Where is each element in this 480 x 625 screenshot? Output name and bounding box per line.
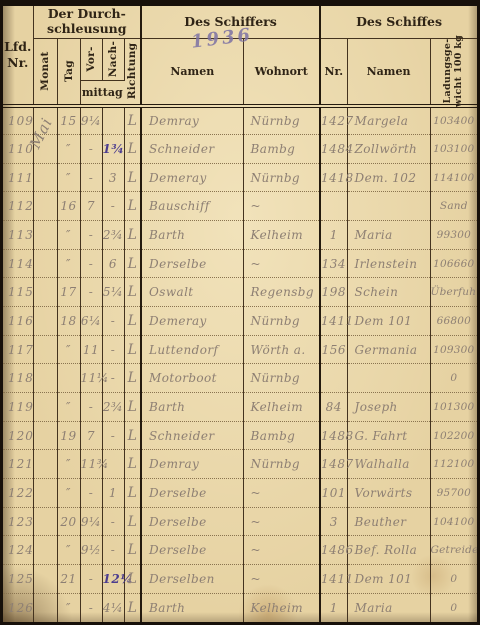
ledger-row: 120 19 7 - L Schneider Bambg 1488 G. Fah… <box>3 421 477 450</box>
ledger-row: 115 17 - 5¼ L Oswalt Regensbg 198 Schein… <box>3 278 477 307</box>
header-schiff-namen: Namen <box>347 38 430 106</box>
cell-nachmittag: 3 <box>102 163 124 192</box>
cell-lfd-nr: 121 <box>3 450 33 479</box>
header-schiffes-title: Des Schiffes <box>356 14 442 29</box>
cell-wohnort: Nürnbg <box>243 106 320 135</box>
cell-tag: 17 <box>57 278 80 307</box>
header-tag: Tag <box>57 38 80 106</box>
cell-wohnort: Bambg <box>243 135 320 164</box>
cell-schiff-nr: 1484 <box>320 135 347 164</box>
cell-schiff-nr: 1411 <box>320 565 347 594</box>
cell-ladungsgewicht: 112100 <box>430 450 477 479</box>
cell-ladungsgewicht: Überfuhr <box>430 278 477 307</box>
cell-tag: ″ <box>57 249 80 278</box>
cell-wohnort: Nürnbg <box>243 364 320 393</box>
cell-richtung: L <box>124 135 141 164</box>
cell-schiffer-name: Derselbe <box>141 479 243 508</box>
cell-schiff-name: Beuther <box>347 507 430 536</box>
header-nachmittag: Nach- <box>102 38 124 80</box>
cell-schiff-name: Margela <box>347 106 430 135</box>
cell-wohnort: ~ <box>243 536 320 565</box>
cell-nachmittag: - <box>102 364 124 393</box>
ledger-row: 118 11¼ - L Motorboot Nürnbg 0 <box>3 364 477 393</box>
cell-schiff-nr: 1487 <box>320 450 347 479</box>
cell-lfd-nr: 114 <box>3 249 33 278</box>
header-group-durchschleusung: Der Durch- schleusung <box>33 6 141 38</box>
cell-schiff-name: Dem. 102 <box>347 163 430 192</box>
header-ladungsgewicht-label: Ladungsge- wicht 100 kg <box>443 35 465 107</box>
cell-schiffer-name: Demray <box>141 450 243 479</box>
cell-richtung: L <box>124 364 141 393</box>
cell-schiffer-name: Derselbe <box>141 249 243 278</box>
cell-nachmittag: 1 <box>102 479 124 508</box>
cell-wohnort: Nürnbg <box>243 163 320 192</box>
cell-lfd-nr: 123 <box>3 507 33 536</box>
cell-lfd-nr: 109 <box>3 106 33 135</box>
ledger-page: 1936 Mai Lfd. Nr. Der Durch- schleusung … <box>0 0 480 625</box>
cell-vormittag: 7 <box>80 192 102 221</box>
cell-ladungsgewicht: 0 <box>430 565 477 594</box>
cell-richtung: L <box>124 335 141 364</box>
cell-ladungsgewicht: 106660 <box>430 249 477 278</box>
cell-lfd-nr: 124 <box>3 536 33 565</box>
ledger-row: 123 20 9¼ - L Derselbe ~ 3 Beuther 10410… <box>3 507 477 536</box>
cell-lfd-nr: 116 <box>3 307 33 336</box>
cell-tag: ″ <box>57 479 80 508</box>
header-vormittag: Vor- <box>80 38 102 80</box>
cell-tag: 15 <box>57 106 80 135</box>
header-schiff-nr: Nr. <box>320 38 347 106</box>
cell-wohnort: ~ <box>243 507 320 536</box>
cell-nachmittag: 2¾ <box>102 221 124 250</box>
cell-nachmittag <box>102 450 124 479</box>
cell-ladungsgewicht: 104100 <box>430 507 477 536</box>
cell-schiff-name: Schein <box>347 278 430 307</box>
ledger-row: 113 ″ - 2¾ L Barth Kelheim 1 Maria 99300 <box>3 221 477 250</box>
cell-tag: ″ <box>57 135 80 164</box>
cell-schiff-name: Bef. Rolla <box>347 536 430 565</box>
cell-vormittag: 11¾ <box>80 450 102 479</box>
cell-wohnort: Kelheim <box>243 221 320 250</box>
cell-schiff-name: Irlenstein <box>347 249 430 278</box>
cell-vormittag: - <box>80 393 102 422</box>
cell-nachmittag: 6 <box>102 249 124 278</box>
cell-ladungsgewicht: 109300 <box>430 335 477 364</box>
header-tag-label: Tag <box>63 60 75 82</box>
cell-richtung: L <box>124 249 141 278</box>
cell-richtung: L <box>124 163 141 192</box>
cell-schiff-nr: 1488 <box>320 421 347 450</box>
cell-schiff-nr: 1411 <box>320 307 347 336</box>
cell-schiff-nr: 198 <box>320 278 347 307</box>
header-schiff-namen-label: Namen <box>367 65 411 78</box>
cell-schiff-nr: 1 <box>320 221 347 250</box>
cell-schiff-nr: 1427 <box>320 106 347 135</box>
cell-monat <box>33 249 57 278</box>
cell-nachmittag: - <box>102 192 124 221</box>
cell-richtung: L <box>124 479 141 508</box>
cell-ladungsgewicht: Sand <box>430 192 477 221</box>
ledger-row: 112 16 7 - L Bauschiff ~ Sand <box>3 192 477 221</box>
cell-monat <box>33 192 57 221</box>
cell-schiff-name: Maria <box>347 221 430 250</box>
header-schiffer-namen-label: Namen <box>170 65 214 78</box>
cell-vormittag: - <box>80 479 102 508</box>
cell-nachmittag: 5¼ <box>102 278 124 307</box>
cell-schiff-nr: 156 <box>320 335 347 364</box>
cell-lfd-nr: 115 <box>3 278 33 307</box>
cell-vormittag: - <box>80 221 102 250</box>
cell-tag: ″ <box>57 593 80 622</box>
cell-schiff-nr: 84 <box>320 393 347 422</box>
cell-richtung: L <box>124 106 141 135</box>
cell-schiff-name: Maria <box>347 593 430 622</box>
ledger-row: 109 15 9¼ L Demray Nürnbg 1427 Margela 1… <box>3 106 477 135</box>
cell-schiff-name <box>347 192 430 221</box>
cell-lfd-nr: 117 <box>3 335 33 364</box>
cell-schiff-name: Joseph <box>347 393 430 422</box>
cell-schiff-nr: 1418 <box>320 163 347 192</box>
cell-nachmittag: - <box>102 421 124 450</box>
cell-vormittag: 9¼ <box>80 507 102 536</box>
cell-lfd-nr: 112 <box>3 192 33 221</box>
header-durchschleusung-line2: schleusung <box>34 22 141 36</box>
cell-richtung: L <box>124 536 141 565</box>
cell-wohnort: Bambg <box>243 421 320 450</box>
cell-ladungsgewicht: 99300 <box>430 221 477 250</box>
cell-monat <box>33 593 57 622</box>
cell-schiffer-name: Luttendorf <box>141 335 243 364</box>
cell-schiffer-name: Schneider <box>141 135 243 164</box>
cell-nachmittag: 4¼ <box>102 593 124 622</box>
cell-schiff-name: Dem 101 <box>347 307 430 336</box>
cell-richtung: L <box>124 278 141 307</box>
cell-vormittag: - <box>80 593 102 622</box>
cell-wohnort: Kelheim <box>243 593 320 622</box>
cell-ladungsgewicht: 103100 <box>430 135 477 164</box>
cell-tag: ″ <box>57 335 80 364</box>
cell-lfd-nr: 125 <box>3 565 33 594</box>
cell-schiff-nr <box>320 364 347 393</box>
cell-schiffer-name: Derselbe <box>141 507 243 536</box>
cell-tag: 18 <box>57 307 80 336</box>
cell-schiffer-name: Schneider <box>141 421 243 450</box>
cell-lfd-nr: 118 <box>3 364 33 393</box>
cell-ladungsgewicht: 0 <box>430 364 477 393</box>
cell-schiffer-name: Barth <box>141 593 243 622</box>
cell-monat <box>33 307 57 336</box>
cell-tag: 19 <box>57 421 80 450</box>
cell-monat <box>33 536 57 565</box>
cell-schiff-nr: 3 <box>320 507 347 536</box>
cell-monat <box>33 479 57 508</box>
cell-schiff-nr: 134 <box>320 249 347 278</box>
header-lfd-nr: Lfd. Nr. <box>3 6 33 106</box>
cell-richtung: L <box>124 421 141 450</box>
cell-schiffer-name: Demray <box>141 106 243 135</box>
cell-ladungsgewicht: 95700 <box>430 479 477 508</box>
cell-nachmittag: 2¾ <box>102 393 124 422</box>
cell-monat <box>33 364 57 393</box>
cell-schiff-name: Germania <box>347 335 430 364</box>
ledger-row: 116 18 6¼ - L Demeray Nürnbg 1411 Dem 10… <box>3 307 477 336</box>
cell-tag: ″ <box>57 450 80 479</box>
header-ladung-line2: wicht 100 kg <box>454 35 465 107</box>
cell-schiff-name: Zollwörth <box>347 135 430 164</box>
cell-nachmittag <box>102 106 124 135</box>
cell-schiffer-name: Oswalt <box>141 278 243 307</box>
cell-richtung: L <box>124 192 141 221</box>
cell-schiffer-name: Derselbe <box>141 536 243 565</box>
ledger-row: 119 ″ - 2¾ L Barth Kelheim 84 Joseph 101… <box>3 393 477 422</box>
cell-vormittag: 7 <box>80 421 102 450</box>
cell-schiff-nr: 1486 <box>320 536 347 565</box>
cell-monat <box>33 163 57 192</box>
cell-richtung: L <box>124 221 141 250</box>
cell-richtung: L <box>124 307 141 336</box>
cell-ladungsgewicht: Getreide <box>430 536 477 565</box>
cell-monat <box>33 278 57 307</box>
ledger-row: 126 ″ - 4¼ L Barth Kelheim 1 Maria 0 <box>3 593 477 622</box>
header-richtung: Richtung <box>124 38 141 106</box>
cell-lfd-nr: 111 <box>3 163 33 192</box>
ledger-row: 114 ″ - 6 L Derselbe ~ 134 Irlenstein 10… <box>3 249 477 278</box>
cell-wohnort: Nürnbg <box>243 307 320 336</box>
cell-wohnort: ~ <box>243 479 320 508</box>
header-monat-label: Monat <box>39 52 51 91</box>
ledger-row: 121 ″ 11¾ L Demray Nürnbg 1487 Walhalla … <box>3 450 477 479</box>
cell-schiff-name: G. Fahrt <box>347 421 430 450</box>
cell-vormittag: 9¼ <box>80 106 102 135</box>
ledger-header: Lfd. Nr. Der Durch- schleusung Des Schif… <box>3 6 477 106</box>
cell-tag <box>57 364 80 393</box>
cell-schiff-nr: 101 <box>320 479 347 508</box>
cell-vormittag: - <box>80 163 102 192</box>
cell-schiffer-name: Barth <box>141 221 243 250</box>
cell-wohnort: Nürnbg <box>243 450 320 479</box>
cell-monat <box>33 221 57 250</box>
cell-vormittag: 11¼ <box>80 364 102 393</box>
cell-schiff-name: Dem 101 <box>347 565 430 594</box>
cell-schiffer-name: Bauschiff <box>141 192 243 221</box>
header-vormittag-label: Vor- <box>85 46 97 71</box>
cell-richtung: L <box>124 593 141 622</box>
ledger-body: 109 15 9¼ L Demray Nürnbg 1427 Margela 1… <box>3 106 477 622</box>
cell-tag: 16 <box>57 192 80 221</box>
cell-schiffer-name: Motorboot <box>141 364 243 393</box>
cell-monat <box>33 565 57 594</box>
cell-tag: 21 <box>57 565 80 594</box>
cell-schiffer-name: Barth <box>141 393 243 422</box>
cell-monat <box>33 335 57 364</box>
cell-ladungsgewicht: 101300 <box>430 393 477 422</box>
ledger-row: 110 ″ - 1¾ L Schneider Bambg 1484 Zollwö… <box>3 135 477 164</box>
header-group-schiffes: Des Schiffes <box>320 6 477 38</box>
header-monat: Monat <box>33 38 57 106</box>
ledger-row: 117 ″ 11 - L Luttendorf Wörth a. 156 Ger… <box>3 335 477 364</box>
cell-schiff-name: Walhalla <box>347 450 430 479</box>
cell-lfd-nr: 126 <box>3 593 33 622</box>
cell-wohnort: Kelheim <box>243 393 320 422</box>
cell-tag: ″ <box>57 393 80 422</box>
cell-lfd-nr: 122 <box>3 479 33 508</box>
header-wohnort-label: Wohnort <box>255 65 308 78</box>
cell-lfd-nr: 113 <box>3 221 33 250</box>
cell-ladungsgewicht: 102200 <box>430 421 477 450</box>
ledger-row: 125 21 - 12¼ L Derselben ~ 1411 Dem 101 … <box>3 565 477 594</box>
header-nachmittag-label: Nach- <box>107 41 119 77</box>
header-durchschleusung-line1: Der Durch- <box>34 7 141 21</box>
cell-nachmittag: - <box>102 335 124 364</box>
cell-ladungsgewicht: 114100 <box>430 163 477 192</box>
cell-richtung: L <box>124 393 141 422</box>
cell-tag: ″ <box>57 221 80 250</box>
cell-vormittag: - <box>80 135 102 164</box>
cell-vormittag: 6¼ <box>80 307 102 336</box>
header-richtung-label: Richtung <box>126 43 138 100</box>
cell-tag: ″ <box>57 163 80 192</box>
cell-lfd-nr: 119 <box>3 393 33 422</box>
ledger-row: 111 ″ - 3 L Demeray Nürnbg 1418 Dem. 102… <box>3 163 477 192</box>
cell-wohnort: Regensbg <box>243 278 320 307</box>
cell-wohnort: ~ <box>243 249 320 278</box>
cell-ladungsgewicht: 103400 <box>430 106 477 135</box>
cell-tag: ″ <box>57 536 80 565</box>
cell-nachmittag: - <box>102 307 124 336</box>
header-lfd-line1: Lfd. <box>4 39 31 54</box>
cell-richtung: L <box>124 450 141 479</box>
cell-richtung: L <box>124 565 141 594</box>
ledger-row: 124 ″ 9½ - L Derselbe ~ 1486 Bef. Rolla … <box>3 536 477 565</box>
header-schiff-nr-label: Nr. <box>324 65 343 78</box>
cell-monat <box>33 450 57 479</box>
header-wohnort: Wohnort <box>243 38 320 106</box>
cell-ladungsgewicht: 66800 <box>430 307 477 336</box>
cell-nachmittag: - <box>102 507 124 536</box>
cell-nachmittag: 12¼ <box>102 565 124 594</box>
cell-nachmittag: 1¾ <box>102 135 124 164</box>
header-ladungsgewicht: Ladungsge- wicht 100 kg <box>430 38 477 106</box>
cell-vormittag: - <box>80 565 102 594</box>
cell-lfd-nr: 120 <box>3 421 33 450</box>
cell-schiff-nr: 1 <box>320 593 347 622</box>
cell-wohnort: ~ <box>243 192 320 221</box>
cell-schiff-nr <box>320 192 347 221</box>
ledger-row: 122 ″ - 1 L Derselbe ~ 101 Vorwärts 9570… <box>3 479 477 508</box>
header-mittag: mittag <box>80 80 124 106</box>
cell-nachmittag: - <box>102 536 124 565</box>
cell-vormittag: 9½ <box>80 536 102 565</box>
cell-vormittag: - <box>80 249 102 278</box>
cell-wohnort: ~ <box>243 565 320 594</box>
header-mittag-label: mittag <box>82 86 123 99</box>
cell-richtung: L <box>124 507 141 536</box>
cell-schiffer-name: Demeray <box>141 307 243 336</box>
cell-monat <box>33 393 57 422</box>
lock-passage-ledger-table: Lfd. Nr. Der Durch- schleusung Des Schif… <box>3 6 477 622</box>
cell-vormittag: 11 <box>80 335 102 364</box>
cell-monat <box>33 507 57 536</box>
cell-ladungsgewicht: 0 <box>430 593 477 622</box>
cell-schiff-name <box>347 364 430 393</box>
header-lfd-line2: Nr. <box>7 55 28 70</box>
cell-schiff-name: Vorwärts <box>347 479 430 508</box>
cell-monat <box>33 421 57 450</box>
cell-wohnort: Wörth a. <box>243 335 320 364</box>
cell-tag: 20 <box>57 507 80 536</box>
cell-vormittag: - <box>80 278 102 307</box>
cell-schiffer-name: Demeray <box>141 163 243 192</box>
cell-schiffer-name: Derselben <box>141 565 243 594</box>
